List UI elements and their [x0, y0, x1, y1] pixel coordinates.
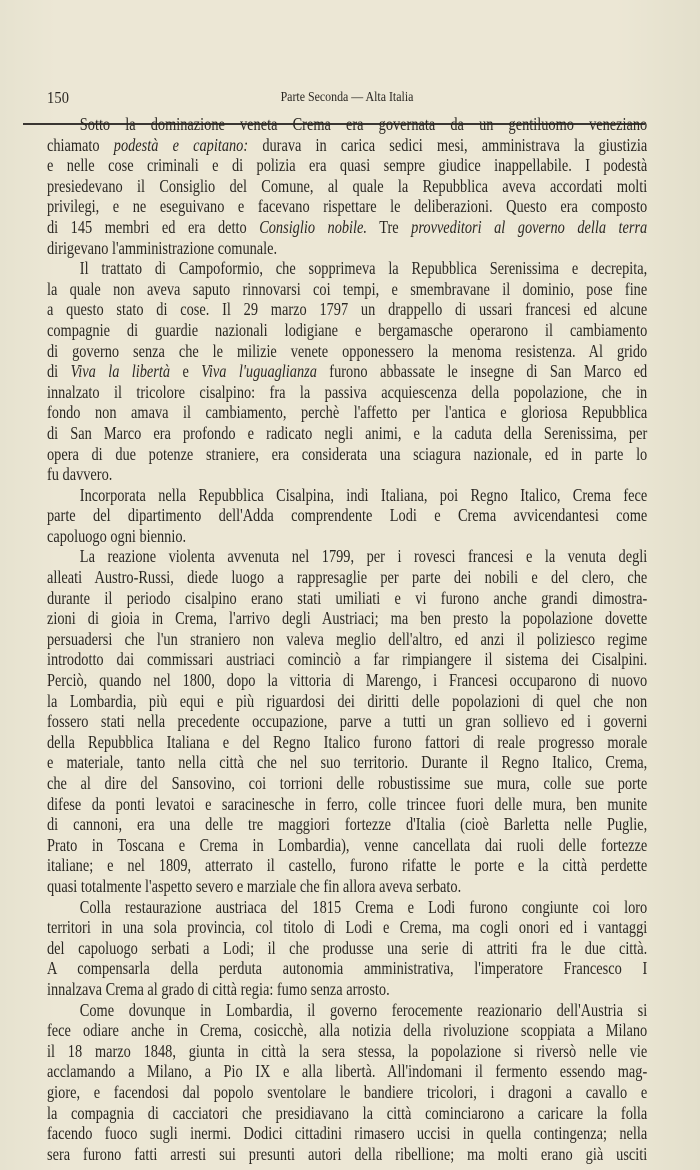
text-line: di cannoni, era una delle tre maggiori f…	[47, 814, 647, 835]
text-line: fece odiare anche in Crema, cosicchè, al…	[47, 1020, 647, 1041]
text-line: a questo stato di cose. Il 29 marzo 1797…	[47, 299, 647, 320]
text-line: italiane; e nel 1809, atterrato il caste…	[47, 855, 647, 876]
page-header: 150 Parte Seconda — Alta Italia	[47, 88, 647, 110]
text-line: opera di due potenze straniere, era cons…	[47, 444, 647, 465]
text-line: la compagnia di cacciatori che presidiav…	[47, 1103, 647, 1124]
text-line: quasi totalmente l'aspetto severo e marz…	[47, 876, 647, 897]
text-line: la Lombardia, più equi e più riguardosi …	[47, 691, 647, 712]
running-head: Parte Seconda — Alta Italia	[92, 90, 602, 106]
text-line: territori in una sola provincia, col tit…	[47, 917, 647, 938]
text-line: zioni di gioia in Crema, l'arrivo degli …	[47, 608, 647, 629]
text-line: La reazione violenta avvenuta nel 1799, …	[47, 546, 647, 567]
text-line: durante il periodo cisalpino erano stati…	[47, 588, 647, 609]
text-line: di Viva la libertà e Viva l'uguaglianza …	[47, 361, 647, 382]
text-line: persuadersi che l'un straniero non valev…	[47, 629, 647, 650]
text-line: compagnie di guardie nazionali lodigiane…	[47, 320, 647, 341]
text-line: Prato in Toscana e Crema in Lombardia), …	[47, 835, 647, 856]
text-line: e materiale, tanto nella città che nel s…	[47, 752, 647, 773]
text-line: Incorporata nella Repubblica Cisalpina, …	[47, 485, 647, 506]
text-line: il 18 marzo 1848, giunta in città la ser…	[47, 1041, 647, 1062]
text-line: facendo fuoco sugli inermi. Dodici citta…	[47, 1123, 647, 1144]
text-line: fu davvero.	[47, 464, 647, 485]
text-line: di governo senza che le milizie venete o…	[47, 341, 647, 362]
text-line: Il trattato di Campoformio, che sopprime…	[47, 258, 647, 279]
text-line: dirigevano l'amministrazione comunale.	[47, 238, 647, 259]
text-line: acclamando a Milano, a Pio IX e alla lib…	[47, 1061, 647, 1082]
text-line: del capoluogo serbati a Lodi; il che pro…	[47, 938, 647, 959]
text-line: innalzava Crema al grado di città regia:…	[47, 979, 647, 1000]
text-line: presiedevano il Consiglio del Comune, al…	[47, 176, 647, 197]
text-line: innalzato il tricolore cisalpino: fra la…	[47, 382, 647, 403]
text-line: difese da ponti levatoi e saracinesche i…	[47, 794, 647, 815]
text-line: privilegi, e ne eseguivano e facevano ri…	[47, 196, 647, 217]
text-line: Sotto la dominazione veneta Crema era go…	[47, 114, 647, 135]
text-line: parte del dipartimento dell'Adda compren…	[47, 505, 647, 526]
text-line: e nelle cose criminali e di polizia era …	[47, 155, 647, 176]
text-line: Perciò, quando nel 1800, dopo la vittori…	[47, 670, 647, 691]
text-line: A compensarla della perduta autonomia am…	[47, 958, 647, 979]
text-line: fossero stati nella precedente occupazio…	[47, 711, 647, 732]
text-line: giore, e facendosi dal popolo sventolare…	[47, 1082, 647, 1103]
text-line: della Repubblica Italiana e del Regno It…	[47, 732, 647, 753]
text-line: sera furono fatti arresti sui presunti a…	[47, 1144, 647, 1165]
text-line: di 145 membri ed era detto Consiglio nob…	[47, 217, 647, 238]
text-line: Colla restaurazione austriaca del 1815 C…	[47, 897, 647, 918]
text-line: di San Marco era profondo e radicato neg…	[47, 423, 647, 444]
text-line: alleati Austro-Russi, diede luogo a rapp…	[47, 567, 647, 588]
text-line: introdotto dai commissari austriaci comi…	[47, 649, 647, 670]
text-line: capoluogo ogni biennio.	[47, 526, 647, 547]
body-text: Sotto la dominazione veneta Crema era go…	[47, 114, 647, 1164]
text-line: chiamato podestà e capitano: durava in c…	[47, 135, 647, 156]
text-line: la quale non aveva saputo rinnovarsi coi…	[47, 279, 647, 300]
text-line: Come dovunque in Lombardia, il governo f…	[47, 1000, 647, 1021]
page-number: 150	[47, 88, 69, 108]
text-line: fondo non amava il cambiamento, perchè l…	[47, 402, 647, 423]
text-line: che al dire del Sansovino, coi torrioni …	[47, 773, 647, 794]
